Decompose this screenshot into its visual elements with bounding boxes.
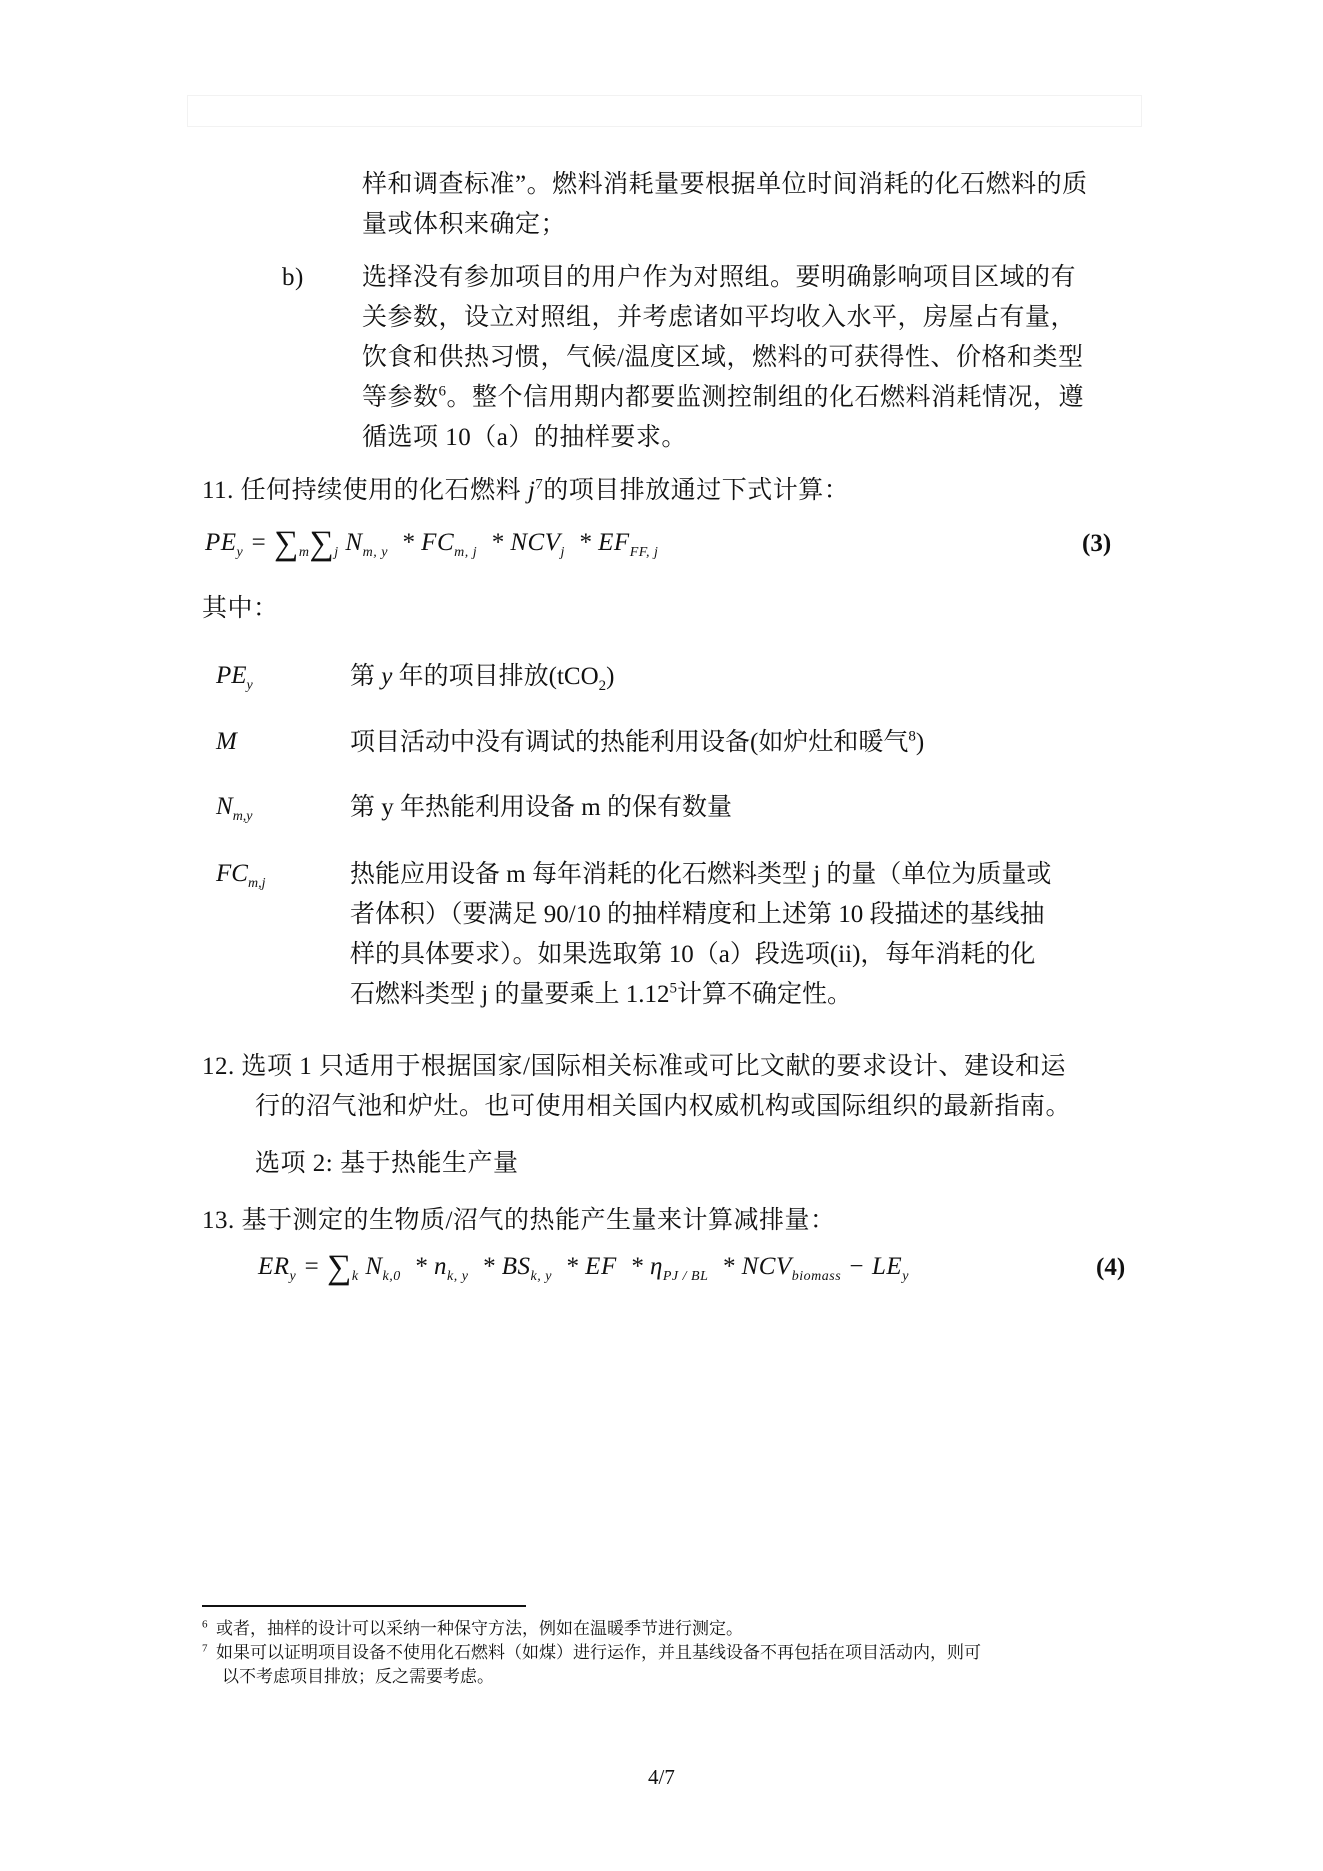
text: 11. 任何持续使用的化石燃料 <box>202 477 528 504</box>
def-line: 者体积）（要满足 90/10 的抽样精度和上述第 10 段描述的基线抽 <box>350 895 1130 935</box>
paragraph-line: 循选项 10（a）的抽样要求。 <box>362 423 687 453</box>
def-symbol-m: M <box>216 728 237 756</box>
section-13-heading: 13. 基于测定的生物质/沼气的热能产生量来计算减排量： <box>202 1206 835 1236</box>
paragraph-line: 样和调查标准”。燃料消耗量要根据单位时间消耗的化石燃料的质 <box>362 170 1088 200</box>
def-text-pe: 第 y 年的项目排放(tCO2) <box>350 657 1130 697</box>
footnote-7: 7 如果可以证明项目设备不使用化石燃料（如煤）进行运作，并且基线设备不再包括在项… <box>202 1642 981 1664</box>
section-11-heading: 11. 任何持续使用的化石燃料 j7的项目排放通过下式计算： <box>202 476 849 506</box>
footnote-7-cont: 以不考虑项目排放；反之需要考虑。 <box>222 1666 494 1688</box>
text: 等参数 <box>362 384 439 411</box>
footnote-divider <box>202 1605 526 1607</box>
paragraph-line: 饮食和供热习惯，气候/温度区域，燃料的可获得性、价格和类型 <box>362 343 1083 373</box>
equation-4: ERy = ∑k Nk,0 * nk, y * BSk, y * EF * ηP… <box>258 1252 909 1292</box>
def-symbol-pe: PEy <box>216 662 253 694</box>
where-label: 其中： <box>202 594 279 624</box>
def-text-fc: 热能应用设备 m 每年消耗的化石燃料类型 j 的量（单位为质量或 者体积）（要满… <box>350 855 1130 1015</box>
page-number: 4/7 <box>648 1765 675 1790</box>
option-2-heading: 选项 2: 基于热能生产量 <box>255 1149 518 1179</box>
def-line: 热能应用设备 m 每年消耗的化石燃料类型 j 的量（单位为质量或 <box>350 855 1130 895</box>
def-line: 石燃料类型 j 的量要乘上 1.125计算不确定性。 <box>350 975 1130 1015</box>
page-header-box <box>187 95 1142 127</box>
equation-3: PEy = ∑m∑j Nm, y * FCm, j * NCVj * EFFF,… <box>205 528 658 568</box>
list-label: b) <box>282 263 304 293</box>
footnote-6: 6 或者，抽样的设计可以采纳一种保守方法，例如在温暖季节进行测定。 <box>202 1618 743 1640</box>
section-12-line: 12. 选项 1 只适用于根据国家/国际相关标准或可比文献的要求设计、建设和运 <box>202 1052 1066 1082</box>
def-line: 样的具体要求）。如果选取第 10（a）段选项(ii)，每年消耗的化 <box>350 935 1130 975</box>
footnote-ref[interactable]: 8 <box>908 729 916 745</box>
footnote-ref[interactable]: 5 <box>669 981 677 997</box>
equation-number: (4) <box>1096 1254 1125 1282</box>
paragraph-line: 量或体积来确定； <box>362 210 566 240</box>
section-12-line: 行的沼气池和炉灶。也可使用相关国内权威机构或国际组织的最新指南。 <box>255 1092 1071 1122</box>
def-symbol-n: Nm,y <box>216 793 253 825</box>
footnote-ref[interactable]: 6 <box>439 384 447 400</box>
def-symbol-fc: FCm,j <box>216 860 265 892</box>
paragraph-line: 等参数6。整个信用期内都要监测控制组的化石燃料消耗情况，遵 <box>362 383 1084 413</box>
paragraph-line: 选择没有参加项目的用户作为对照组。要明确影响项目区域的有 <box>362 263 1076 293</box>
paragraph-line: 关参数，设立对照组，并考虑诸如平均收入水平，房屋占有量， <box>362 303 1076 333</box>
equation-number: (3) <box>1082 530 1111 558</box>
def-text-m: 项目活动中没有调试的热能利用设备(如炉灶和暖气8) <box>350 723 1130 763</box>
text: 的项目排放通过下式计算： <box>543 477 849 504</box>
text: 。整个信用期内都要监测控制组的化石燃料消耗情况，遵 <box>447 384 1085 411</box>
def-text-n: 第 y 年热能利用设备 m 的保有数量 <box>350 788 1130 828</box>
